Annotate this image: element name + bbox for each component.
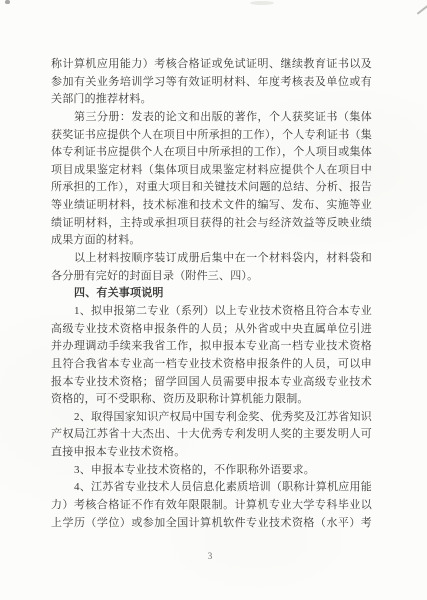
body-text-line: 直接申报本专业技术资格。 <box>51 444 372 462</box>
section-heading: 四、有关事项说明 <box>51 285 372 303</box>
body-text-line: 1、拟申报第二专业（系列）以上专业技术资格且符合本专业 <box>51 303 372 321</box>
body-text-line: 产权局江苏省十大杰出、十大优秀专利发明人奖的主要发明人可 <box>51 426 372 444</box>
body-text-line: 参加有关业务培训学习等有效证明材料、年度考核表及单位或有 <box>51 74 372 92</box>
scanned-document-page: 称计算机应用能力）考核合格证或免试证明、继续教育证书以及参加有关业务培训学习等有… <box>0 0 427 600</box>
document-text-body: 称计算机应用能力）考核合格证或免试证明、继续教育证书以及参加有关业务培训学习等有… <box>51 56 372 532</box>
body-text-line: 各分册有完好的封面目录（附件三、四）。 <box>51 268 372 286</box>
body-text-line: 3、申报本专业技术资格的，不作职称外语要求。 <box>51 462 372 480</box>
body-text-line: 所承担的工作），对重大项目和关键技术问题的总结、分析、报告 <box>51 179 372 197</box>
body-text-line: 关部门的推荐材料。 <box>51 91 372 109</box>
body-text-line: 力）考核合格证不作有效年限限制。计算机专业大学专科毕业以 <box>51 497 372 515</box>
body-text-line: 获奖证书应提供个人在项目中所承担的工作），个人专利证书（集 <box>51 127 372 145</box>
body-text-line: 体专利证书应提供个人在项目中所承担的工作），个人项目或集体 <box>51 144 372 162</box>
scan-speck-artifact <box>5 0 10 4</box>
body-text-line: 且符合我省本专业高一档专业技术资格申报条件的人员，可以申 <box>51 356 372 374</box>
body-text-line: 资格的，可不受职称、资历及职称计算机能力限制。 <box>51 391 372 409</box>
body-text-line: 2、取得国家知识产权局中国专利金奖、优秀奖及江苏省知识 <box>51 409 372 427</box>
scan-stroke-artifact <box>417 3 427 14</box>
body-text-line: 高级专业技术资格申报条件的人员；从外省或中央直属单位引进 <box>51 321 372 339</box>
body-text-line: 绩证明材料，主持或承担项目获得的社会与经济效益等反映业绩 <box>51 215 372 233</box>
body-text-line: 等业绩证明材料，技术标准和技术文件的编写、发布、实施等业 <box>51 197 372 215</box>
body-text-line: 成果方面的材料。 <box>51 232 372 250</box>
body-text-line: 第三分册：发表的论文和出版的著作，个人获奖证书（集体 <box>51 109 372 127</box>
body-text-line: 并办理调动手续来我省工作，拟申报本专业高一档专业技术资格 <box>51 338 372 356</box>
scan-smudge-artifact <box>250 1 274 5</box>
page-number: 3 <box>51 551 369 561</box>
body-text-line: 称计算机应用能力）考核合格证或免试证明、继续教育证书以及 <box>51 56 372 74</box>
body-text-line: 4、江苏省专业技术人员信息化素质培训（职称计算机应用能 <box>51 479 372 497</box>
body-text-line: 以上材料按顺序装订成册后集中在一个材料袋内，材料袋和 <box>51 250 372 268</box>
body-text-line: 上学历（学位）或参加全国计算机软件专业技术资格（水平）考 <box>51 515 372 533</box>
body-text-line: 报本专业技术资格；留学回国人员需要申报本专业高级专业技术 <box>51 374 372 392</box>
body-text-line: 项目成果鉴定材料（集体项目成果鉴定材料应提供个人在项目中 <box>51 162 372 180</box>
